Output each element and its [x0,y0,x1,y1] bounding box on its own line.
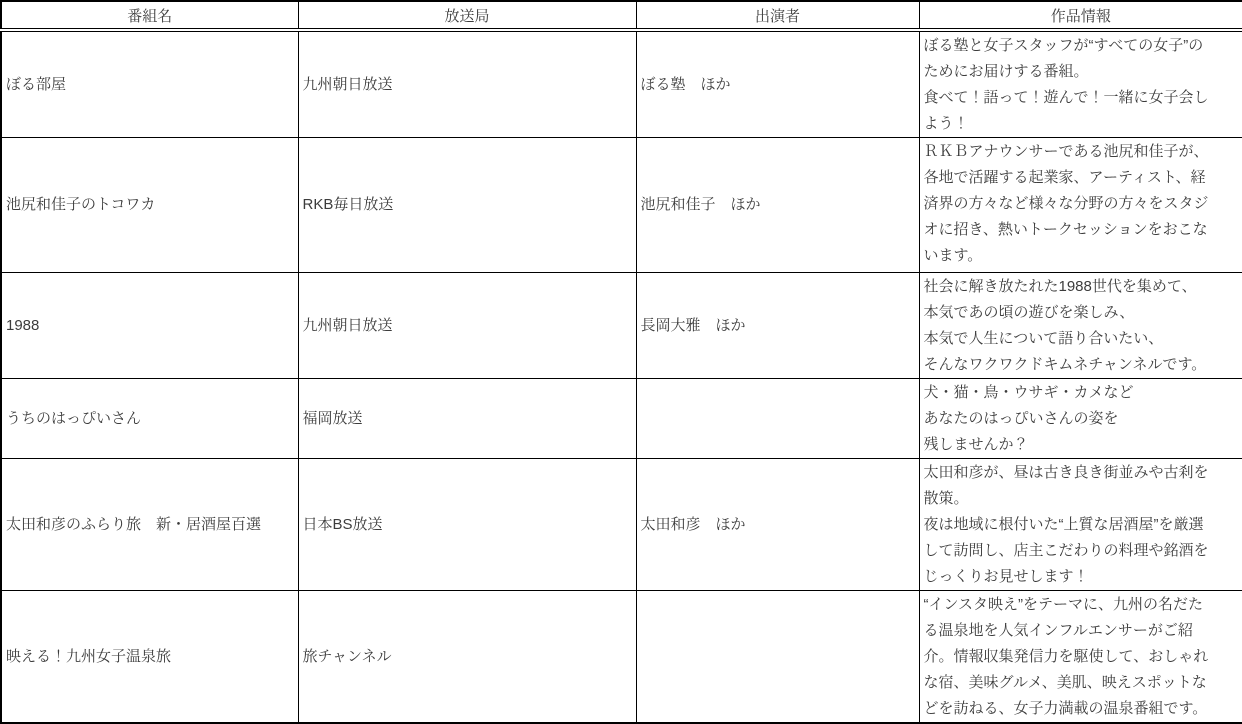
cell-program-title: うちのはっぴいさん [1,379,298,459]
cell-info: ＲＫＢアナウンサーである池尻和佳子が、 各地で活躍する起業家、アーティスト、経 … [919,138,1242,273]
table-row: 映える！九州女子温泉旅 旅チャンネル “インスタ映え”をテーマに、九州の名だた … [1,591,1242,724]
program-table: 番組名 放送局 出演者 作品情報 ぼる部屋 九州朝日放送 ぼる塾 ほか ぼる塾と… [0,0,1242,724]
cell-performers: 長岡大雅 ほか [636,273,919,379]
header-station: 放送局 [298,1,636,30]
cell-program-title: 1988 [1,273,298,379]
cell-station: 日本BS放送 [298,459,636,591]
table-row: うちのはっぴいさん 福岡放送 犬・猫・鳥・ウサギ・カメなど あなたのはっぴいさん… [1,379,1242,459]
cell-performers: ぼる塾 ほか [636,30,919,138]
cell-station: 福岡放送 [298,379,636,459]
table-row: 池尻和佳子のトコワカ RKB毎日放送 池尻和佳子 ほか ＲＫＢアナウンサーである… [1,138,1242,273]
cell-program-title: 池尻和佳子のトコワカ [1,138,298,273]
table-row: ぼる部屋 九州朝日放送 ぼる塾 ほか ぼる塾と女子スタッフが“すべての女子”の … [1,30,1242,138]
table-row: 1988 九州朝日放送 長岡大雅 ほか 社会に解き放たれた1988世代を集めて、… [1,273,1242,379]
cell-info: ぼる塾と女子スタッフが“すべての女子”の ためにお届けする番組。 食べて！語って… [919,30,1242,138]
header-row: 番組名 放送局 出演者 作品情報 [1,1,1242,30]
cell-program-title: 太田和彦のふらり旅 新・居酒屋百選 [1,459,298,591]
cell-performers: 太田和彦 ほか [636,459,919,591]
table-body: ぼる部屋 九州朝日放送 ぼる塾 ほか ぼる塾と女子スタッフが“すべての女子”の … [1,30,1242,723]
cell-info: 犬・猫・鳥・ウサギ・カメなど あなたのはっぴいさんの姿を 残しませんか？ [919,379,1242,459]
header-info: 作品情報 [919,1,1242,30]
cell-info: 太田和彦が、昼は古き良き街並みや古刹を 散策。 夜は地域に根付いた“上質な居酒屋… [919,459,1242,591]
cell-performers [636,379,919,459]
cell-program-title: 映える！九州女子温泉旅 [1,591,298,724]
table-row: 太田和彦のふらり旅 新・居酒屋百選 日本BS放送 太田和彦 ほか 太田和彦が、昼… [1,459,1242,591]
cell-info: 社会に解き放たれた1988世代を集めて、 本気であの頃の遊びを楽しみ、 本気で人… [919,273,1242,379]
header-program-title: 番組名 [1,1,298,30]
cell-performers [636,591,919,724]
cell-program-title: ぼる部屋 [1,30,298,138]
cell-station: RKB毎日放送 [298,138,636,273]
cell-info: “インスタ映え”をテーマに、九州の名だた る温泉地を人気インフルエンサーがご紹 … [919,591,1242,724]
cell-performers: 池尻和佳子 ほか [636,138,919,273]
cell-station: 九州朝日放送 [298,273,636,379]
header-performers: 出演者 [636,1,919,30]
cell-station: 旅チャンネル [298,591,636,724]
cell-station: 九州朝日放送 [298,30,636,138]
